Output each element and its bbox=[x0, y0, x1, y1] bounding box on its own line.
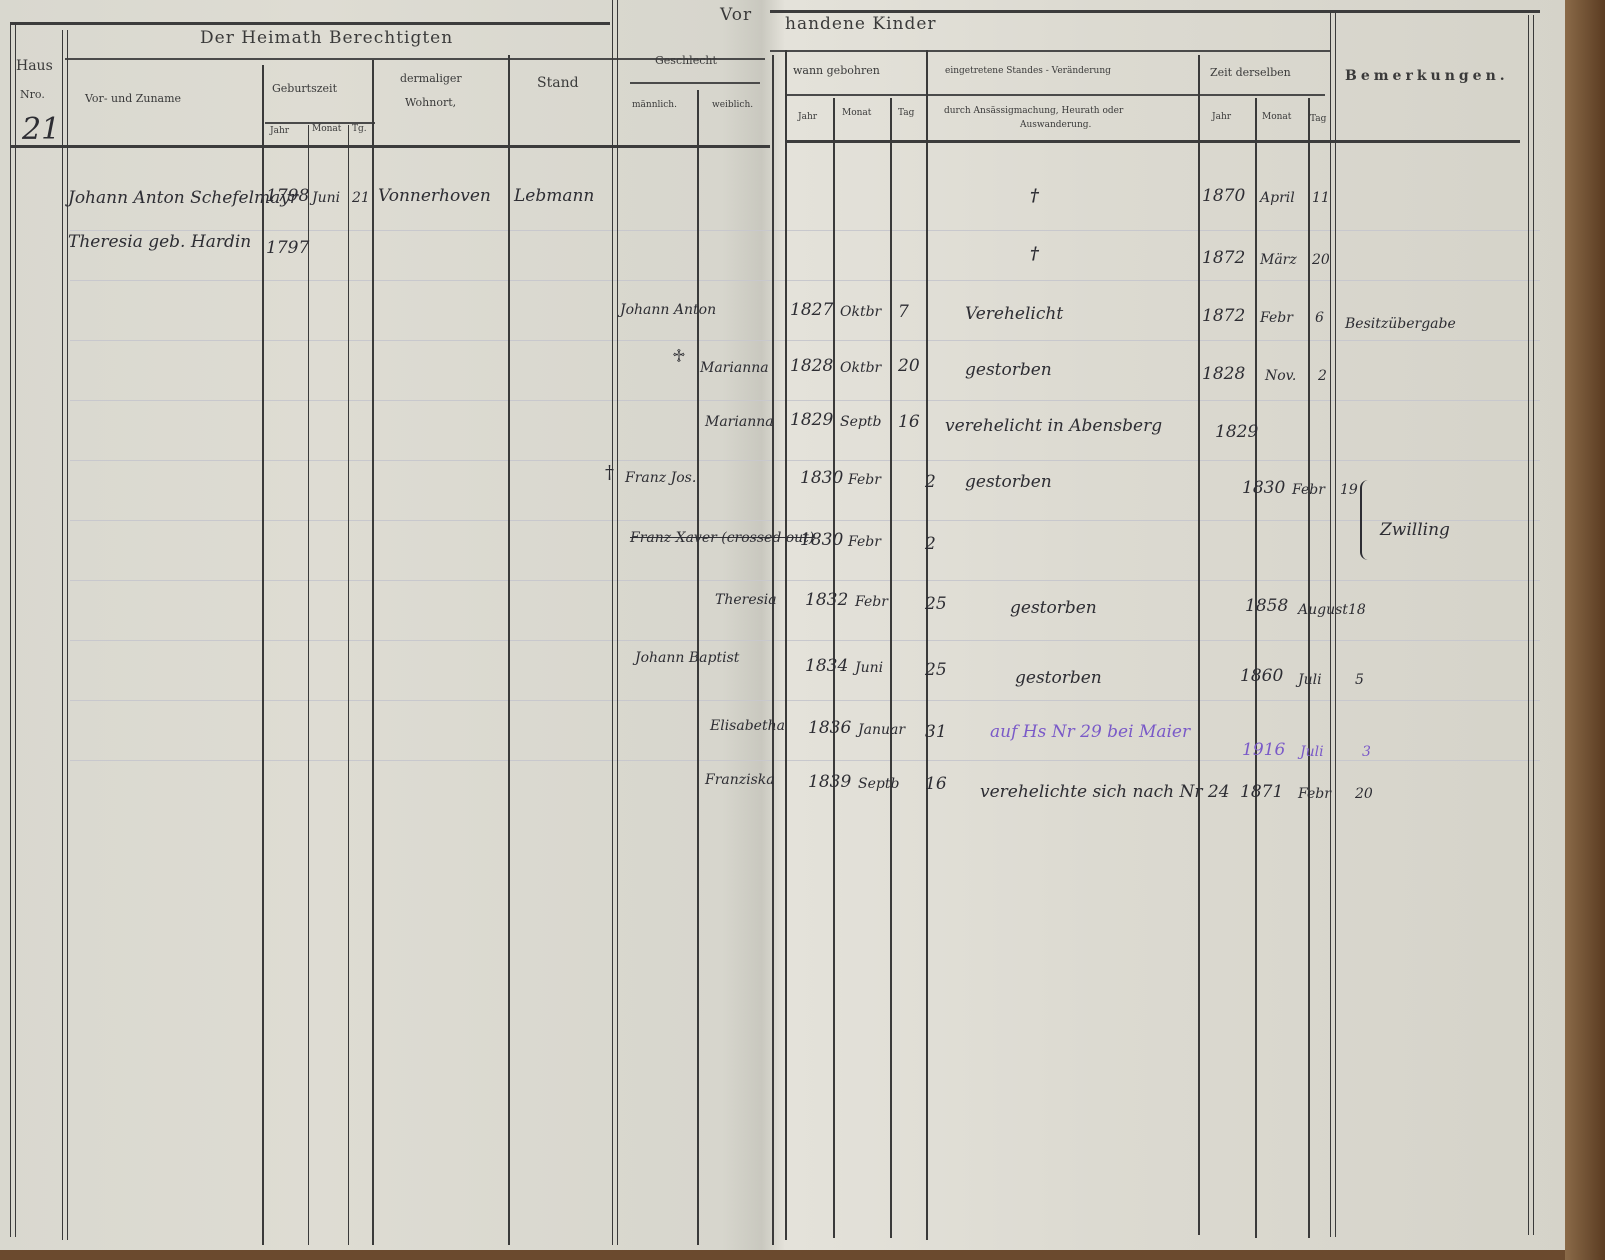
col-rule bbox=[10, 22, 16, 1237]
header-handene-kinder: handene Kinder bbox=[785, 14, 937, 34]
col-rule bbox=[308, 125, 309, 1245]
event-month: März bbox=[1260, 252, 1297, 268]
parent-name: Johann Anton Schefelmayr bbox=[68, 188, 298, 208]
header-name: Vor- und Zuname bbox=[85, 92, 181, 105]
child-month: Febr bbox=[848, 534, 881, 550]
child-day: 25 bbox=[925, 660, 947, 680]
event-day: 20 bbox=[1312, 252, 1330, 268]
header-rule-top-left bbox=[10, 22, 610, 25]
child-note-zwilling: Zwilling bbox=[1380, 520, 1450, 540]
ruled-line bbox=[70, 700, 1540, 701]
header-wg-tag: Tag bbox=[898, 108, 914, 118]
child-year: 1827 bbox=[790, 300, 833, 320]
header-stand: Stand bbox=[537, 75, 579, 91]
child-month: Oktbr bbox=[840, 360, 881, 376]
book-binding-edge bbox=[1565, 0, 1605, 1260]
child-change-day: 6 bbox=[1315, 310, 1324, 326]
header-maennlich: männlich. bbox=[632, 100, 677, 110]
header-gz-monat: Monat bbox=[312, 124, 341, 134]
parent-birth-day: 21 bbox=[352, 190, 370, 206]
child-day: 2 bbox=[925, 534, 936, 554]
child-change-month: Juli bbox=[1300, 744, 1324, 760]
child-change: verehelichte sich nach Nr 24 bbox=[980, 782, 1230, 802]
child-month: Oktbr bbox=[840, 304, 881, 320]
child-change-month: Nov. bbox=[1265, 368, 1296, 384]
child-change-day: 3 bbox=[1362, 744, 1371, 760]
ruled-line bbox=[70, 460, 1540, 461]
child-female-name: Marianna bbox=[700, 360, 769, 376]
child-change-day: 20 bbox=[1355, 786, 1373, 802]
ruled-line bbox=[70, 340, 1540, 341]
child-male-name: Johann Baptist bbox=[635, 650, 739, 666]
child-month: Febr bbox=[848, 472, 881, 488]
child-year: 1832 bbox=[805, 590, 848, 610]
child-year: 1828 bbox=[790, 356, 833, 376]
child-day: 25 bbox=[925, 594, 947, 614]
child-change: gestorben bbox=[1015, 668, 1102, 688]
ruled-line bbox=[70, 400, 1540, 401]
child-year: 1830 bbox=[800, 530, 843, 550]
header-wohnort-2: Wohnort, bbox=[405, 96, 456, 109]
ruled-line bbox=[70, 640, 1540, 641]
death-mark: † bbox=[1030, 186, 1039, 206]
geschlecht-rule bbox=[630, 82, 760, 84]
header-haus: Haus bbox=[16, 58, 53, 74]
child-day: 16 bbox=[925, 774, 947, 794]
child-month: Febr bbox=[855, 594, 888, 610]
header-wohnort-1: dermaliger bbox=[400, 72, 462, 85]
child-month: Septb bbox=[840, 414, 881, 430]
header-wann-gebohren: wann gebohren bbox=[793, 64, 880, 77]
col-rule bbox=[1198, 55, 1200, 1235]
child-change-day: 19 bbox=[1340, 482, 1358, 498]
child-month: Septb bbox=[858, 776, 899, 792]
ledger-spread: Der Heimath Berechtigten Vor handene Kin… bbox=[0, 0, 1570, 1250]
ruled-line bbox=[70, 230, 1540, 231]
child-female-name: Franziska bbox=[705, 772, 775, 788]
child-female-name: Elisabetha bbox=[710, 718, 785, 734]
header-rule-bottom-left bbox=[10, 145, 770, 148]
sub-column-rule bbox=[785, 94, 1325, 96]
death-mark: † bbox=[1030, 244, 1039, 264]
house-number: 21 bbox=[22, 112, 60, 147]
child-change-day: 18 bbox=[1348, 602, 1366, 618]
col-rule bbox=[62, 30, 68, 1240]
header-zeit-derselben: Zeit derselben bbox=[1210, 66, 1291, 79]
child-male-name-crossed: Franz Xaver (crossed out) bbox=[630, 530, 814, 546]
parent-stand: Lebmann bbox=[514, 186, 594, 206]
event-year: 1872 bbox=[1202, 248, 1245, 268]
header-vor: Vor bbox=[720, 5, 752, 25]
child-change-day: 2 bbox=[1318, 368, 1327, 384]
header-gz-jahr: Jahr bbox=[270, 126, 289, 136]
col-rule bbox=[348, 125, 349, 1245]
child-male-name: Johann Anton bbox=[620, 302, 716, 318]
child-year: 1829 bbox=[790, 410, 833, 430]
child-change: verehelicht in Abensberg bbox=[945, 416, 1162, 436]
child-day: 7 bbox=[898, 302, 909, 322]
header-wg-jahr: Jahr bbox=[798, 112, 817, 122]
col-rule bbox=[785, 50, 787, 1240]
header-nro: Nro. bbox=[20, 88, 45, 101]
col-rule bbox=[926, 50, 928, 1240]
child-change-month: Febr bbox=[1260, 310, 1293, 326]
ruled-line bbox=[70, 520, 1540, 521]
child-day: 31 bbox=[925, 722, 947, 742]
header-geschlecht: Geschlecht bbox=[655, 54, 717, 67]
child-month: Juni bbox=[855, 660, 883, 676]
child-year: 1830 bbox=[800, 468, 843, 488]
child-change-year: 1871 bbox=[1240, 782, 1283, 802]
ruled-line bbox=[70, 580, 1540, 581]
col-rule bbox=[1308, 98, 1310, 1238]
parent-birth-year: 1797 bbox=[266, 238, 309, 258]
child-change: Verehelicht bbox=[965, 304, 1063, 324]
header-rule-sub-right bbox=[770, 50, 1330, 52]
spine-rule bbox=[772, 55, 774, 1245]
child-day: 2 bbox=[925, 472, 936, 492]
header-veraenderung-sub-1: durch Ansässigmachung, Heurath oder bbox=[944, 106, 1123, 116]
header-veraenderung-sub-2: Auswanderung. bbox=[1020, 120, 1091, 130]
parent-residence: Vonnerhoven bbox=[378, 186, 491, 206]
child-change-violet: auf Hs Nr 29 bei Maier bbox=[990, 722, 1190, 742]
col-rule bbox=[612, 0, 618, 1245]
ruled-line bbox=[70, 280, 1540, 281]
child-change-year: 1829 bbox=[1215, 422, 1258, 442]
child-change-month: Febr bbox=[1292, 482, 1325, 498]
parent-birth-month: Juni bbox=[312, 190, 340, 206]
col-rule bbox=[1330, 12, 1336, 1237]
child-year: 1836 bbox=[808, 718, 851, 738]
child-change-year: 1828 bbox=[1202, 364, 1245, 384]
child-year: 1834 bbox=[805, 656, 848, 676]
header-rule-bottom-right bbox=[785, 140, 1520, 143]
child-change-year: 1916 bbox=[1242, 740, 1285, 760]
death-cross-icon: ♱ bbox=[672, 346, 686, 367]
header-rule-top-right bbox=[770, 10, 1540, 13]
twins-bracket bbox=[1360, 480, 1372, 560]
header-zd-jahr: Jahr bbox=[1212, 112, 1231, 122]
parent-birth-year: 1798 bbox=[266, 186, 309, 206]
child-month: Januar bbox=[858, 722, 905, 738]
child-change: gestorben bbox=[965, 360, 1052, 380]
header-weiblich: weiblich. bbox=[712, 100, 753, 110]
child-day: 20 bbox=[898, 356, 920, 376]
child-note: Besitzübergabe bbox=[1345, 316, 1456, 332]
child-day: 16 bbox=[898, 412, 920, 432]
header-heimath-berechtigten: Der Heimath Berechtigten bbox=[200, 28, 453, 48]
death-cross-icon: † bbox=[605, 462, 614, 483]
event-day: 11 bbox=[1312, 190, 1330, 206]
child-change: gestorben bbox=[1010, 598, 1097, 618]
child-change-month: August bbox=[1298, 602, 1348, 618]
parent-name: Theresia geb. Hardin bbox=[68, 232, 251, 252]
col-rule bbox=[697, 90, 699, 1245]
child-change-year: 1872 bbox=[1202, 306, 1245, 326]
header-geburtszeit: Geburtszeit bbox=[272, 82, 337, 95]
header-zd-tag: Tag bbox=[1310, 114, 1326, 124]
header-zd-monat: Monat bbox=[1262, 112, 1291, 122]
col-rule bbox=[508, 55, 510, 1245]
child-year: 1839 bbox=[808, 772, 851, 792]
child-change-year: 1860 bbox=[1240, 666, 1283, 686]
header-wg-monat: Monat bbox=[842, 108, 871, 118]
ruled-line bbox=[70, 760, 1540, 761]
event-year: 1870 bbox=[1202, 186, 1245, 206]
col-rule bbox=[890, 98, 892, 1238]
child-change-month: Juli bbox=[1298, 672, 1322, 688]
child-change-day: 5 bbox=[1355, 672, 1364, 688]
col-rule bbox=[372, 60, 374, 1245]
col-rule bbox=[262, 65, 264, 1245]
header-gz-tag: Tg. bbox=[352, 124, 367, 134]
child-change-year: 1858 bbox=[1245, 596, 1288, 616]
child-change: gestorben bbox=[965, 472, 1052, 492]
child-change-year: 1830 bbox=[1242, 478, 1285, 498]
header-bemerkungen: Bemerkungen. bbox=[1345, 68, 1509, 84]
col-rule bbox=[1528, 15, 1534, 1235]
event-month: April bbox=[1260, 190, 1295, 206]
header-veraenderung: eingetretene Standes - Veränderung bbox=[945, 66, 1111, 76]
child-change-month: Febr bbox=[1298, 786, 1331, 802]
child-female-name: Marianna bbox=[705, 414, 774, 430]
child-female-name: Theresia bbox=[715, 592, 777, 608]
child-male-name: Franz Jos. bbox=[625, 470, 696, 486]
